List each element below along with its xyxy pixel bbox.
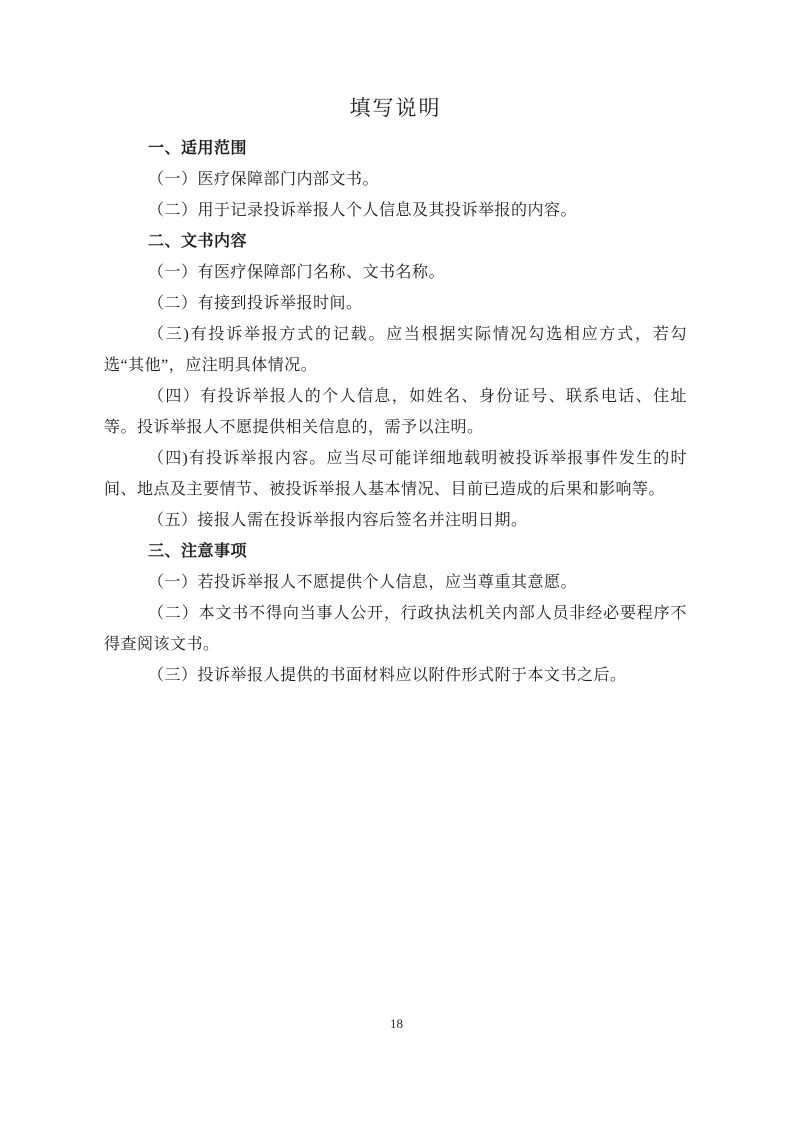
page-title: 填写说明 (104, 92, 687, 124)
paragraph: （一）若投诉举报人不愿提供个人信息，应当尊重其意愿。 (104, 567, 687, 598)
section-document-content: 二、文书内容 （一）有医疗保障部门名称、文书名称。 （二）有接到投诉举报时间。 … (104, 226, 687, 536)
paragraph: （五）接报人需在投诉举报内容后签名并注明日期。 (104, 505, 687, 536)
paragraph: （三)有投诉举报方式的记载。应当根据实际情况勾选相应方式，若勾选“其他”，应注明… (104, 319, 687, 381)
document-page: 填写说明 一、适用范围 （一）医疗保障部门内部文书。 （二）用于记录投诉举报人个… (0, 0, 793, 691)
paragraph: （四)有投诉举报内容。应当尽可能详细地载明被投诉举报事件发生的时间、地点及主要情… (104, 443, 687, 505)
section-applicable-scope: 一、适用范围 （一）医疗保障部门内部文书。 （二）用于记录投诉举报人个人信息及其… (104, 133, 687, 226)
paragraph: （三）投诉举报人提供的书面材料应以附件形式附于本文书之后。 (104, 660, 687, 691)
section-heading: 三、注意事项 (104, 536, 687, 567)
paragraph: （一）医疗保障部门内部文书。 (104, 164, 687, 195)
section-heading: 一、适用范围 (104, 133, 687, 164)
page-number: 18 (0, 1016, 793, 1032)
paragraph: （二）有接到投诉举报时间。 (104, 288, 687, 319)
paragraph: （二）用于记录投诉举报人个人信息及其投诉举报的内容。 (104, 195, 687, 226)
paragraph: （一）有医疗保障部门名称、文书名称。 (104, 257, 687, 288)
paragraph: （四）有投诉举报人的个人信息，如姓名、身份证号、联系电话、住址等。投诉举报人不愿… (104, 381, 687, 443)
section-heading: 二、文书内容 (104, 226, 687, 257)
section-notes: 三、注意事项 （一）若投诉举报人不愿提供个人信息，应当尊重其意愿。 （二）本文书… (104, 536, 687, 691)
paragraph: （二）本文书不得向当事人公开，行政执法机关内部人员非经必要程序不得查阅该文书。 (104, 598, 687, 660)
